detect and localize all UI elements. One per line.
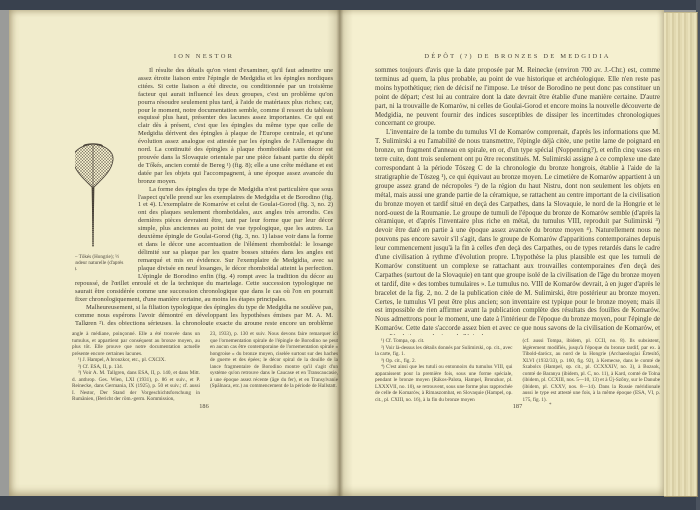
footnote-item: angle à médiane, poinçonné. Elle a été t… bbox=[72, 331, 200, 357]
footnote-column-right: (cf. aussi Tompa, ibidem, pl. CCII, no. … bbox=[523, 338, 661, 403]
book-fore-edge bbox=[664, 12, 698, 497]
footnote-column-left: angle à médiane, poinçonné. Elle a été t… bbox=[72, 331, 200, 403]
footnote-column-left: ¹) Cf. Tompa, op. cit. ²) Voir là-dessus… bbox=[375, 338, 513, 403]
left-footnotes: angle à médiane, poinçonné. Elle a été t… bbox=[72, 331, 338, 403]
figure-caption: Fig. 8. — Tőkés (Hongrie); ½ de la grand… bbox=[75, 254, 124, 272]
right-running-head: DÉPÔT (?) DE BRONZES DE MEDGIDIA bbox=[375, 53, 660, 60]
page-number-right: 187 bbox=[375, 403, 660, 410]
page-right-187: DÉPÔT (?) DE BRONZES DE MEDGIDIA sommes … bbox=[340, 10, 664, 496]
paragraph: sommes toujours d'avis que la date propo… bbox=[375, 67, 660, 129]
book-gutter bbox=[327, 10, 353, 496]
book-spread: ION NESTOR bbox=[9, 10, 697, 496]
footnote-item: ⁴) C'est ainsi que les tutuli ou entonno… bbox=[375, 364, 513, 403]
paragraph: L'inventaire de la tombe du tumulus VI d… bbox=[375, 129, 660, 335]
signature-mark: * bbox=[549, 403, 552, 408]
page-left-186: ION NESTOR bbox=[9, 10, 340, 496]
right-body-text: sommes toujours d'avis que la date propo… bbox=[375, 67, 660, 335]
footnote-item: ²) Voir là-dessus les détails donnés par… bbox=[375, 345, 513, 358]
page-number-left: 186 bbox=[75, 403, 333, 410]
right-footnotes: ¹) Cf. Tompa, op. cit. ²) Voir là-dessus… bbox=[375, 338, 660, 403]
left-running-head: ION NESTOR bbox=[75, 53, 333, 60]
backdrop-top-band bbox=[0, 0, 700, 10]
footnote-item: 23, 1933), p. 130 et suiv. Nous devons f… bbox=[210, 331, 338, 390]
figure-pin: Fig. 8. — Tőkés (Hongrie); ½ de la grand… bbox=[75, 141, 128, 272]
footnote-item: (cf. aussi Tompa, ibidem, pl. CCII, no. … bbox=[523, 338, 661, 403]
paragraph: Malheureusement, si la filiation typolog… bbox=[75, 304, 333, 325]
left-body-text: Fig. 8. — Tőkés (Hongrie); ½ de la grand… bbox=[75, 67, 333, 325]
bronze-pin-illustration bbox=[75, 141, 123, 251]
footnote-item: ³) Voir A. M. Tallgren, dans ESA, II, p.… bbox=[72, 370, 200, 403]
backdrop-bottom-band bbox=[0, 496, 700, 510]
footnote-column-right: 23, 1933), p. 130 et suiv. Nous devons f… bbox=[210, 331, 338, 403]
scanned-book-spread: ION NESTOR bbox=[0, 0, 700, 510]
